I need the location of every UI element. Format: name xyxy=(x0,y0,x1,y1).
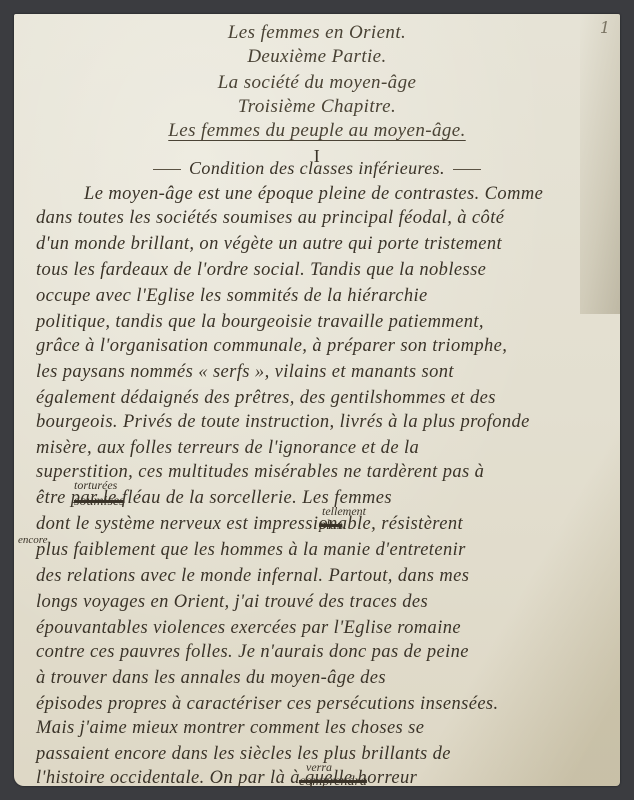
body-line-16: des relations avec le monde infernal. Pa… xyxy=(36,566,469,587)
body-line-23: passaient encore dans les siècles les pl… xyxy=(36,744,451,765)
body-line-24: l'histoire occidentale. On par là à quel… xyxy=(36,768,417,789)
body-line-19: contre ces pauvres folles. Je n'aurais d… xyxy=(36,642,469,663)
section-heading: Condition des classes inférieures. xyxy=(14,158,620,179)
body-line-21: épisodes propres à caractériser ces pers… xyxy=(36,694,499,715)
manuscript-page: 1 Les femmes en Orient. Deuxième Partie.… xyxy=(14,14,620,786)
body-line-7: grâce à l'organisation communale, à prép… xyxy=(36,336,507,357)
chapter-heading: Troisième Chapitre. xyxy=(14,96,620,118)
body-line-2: dans toutes les sociétés soumises au pri… xyxy=(36,208,504,229)
body-line-1: Le moyen-âge est une époque pleine de co… xyxy=(84,184,543,205)
part-heading: Deuxième Partie. xyxy=(14,46,620,68)
heading-dash-right xyxy=(453,169,481,170)
subject-heading: La société du moyen-âge xyxy=(14,72,620,94)
body-line-14: dont le système nerveux est impressionab… xyxy=(36,514,463,535)
body-line-3: d'un monde brillant, on végète un autre … xyxy=(36,234,502,255)
body-line-10: bourgeois. Privés de toute instruction, … xyxy=(36,412,530,433)
body-line-8: les paysans nommés « serfs », vilains et… xyxy=(36,362,454,383)
body-line-4: tous les fardeaux de l'ordre social. Tan… xyxy=(36,260,486,281)
body-line-17: longs voyages en Orient, j'ai trouvé des… xyxy=(36,592,428,613)
heading-dash-left xyxy=(153,169,181,170)
body-line-11: misère, aux folles terreurs de l'ignoran… xyxy=(36,438,419,459)
body-line-18: épouvantables violences exercées par l'E… xyxy=(36,618,461,639)
body-line-20: à trouver dans les annales du moyen-âge … xyxy=(36,668,386,689)
body-line-6: politique, tandis que la bourgeoisie tra… xyxy=(36,312,484,333)
section-heading-text: Condition des classes inférieures. xyxy=(189,158,445,178)
document-title: Les femmes en Orient. xyxy=(14,22,620,44)
chapter-title: Les femmes du peuple au moyen-âge. xyxy=(14,120,620,142)
chapter-title-text: Les femmes du peuple au moyen-âge. xyxy=(168,120,465,141)
body-line-9: également dédaignés des prêtres, des gen… xyxy=(36,388,496,409)
body-line-15: plus faiblement que les hommes à la mani… xyxy=(36,540,466,561)
body-line-5: occupe avec l'Eglise les sommités de la … xyxy=(36,286,428,307)
body-line-22: Mais j'aime mieux montrer comment les ch… xyxy=(36,718,424,739)
